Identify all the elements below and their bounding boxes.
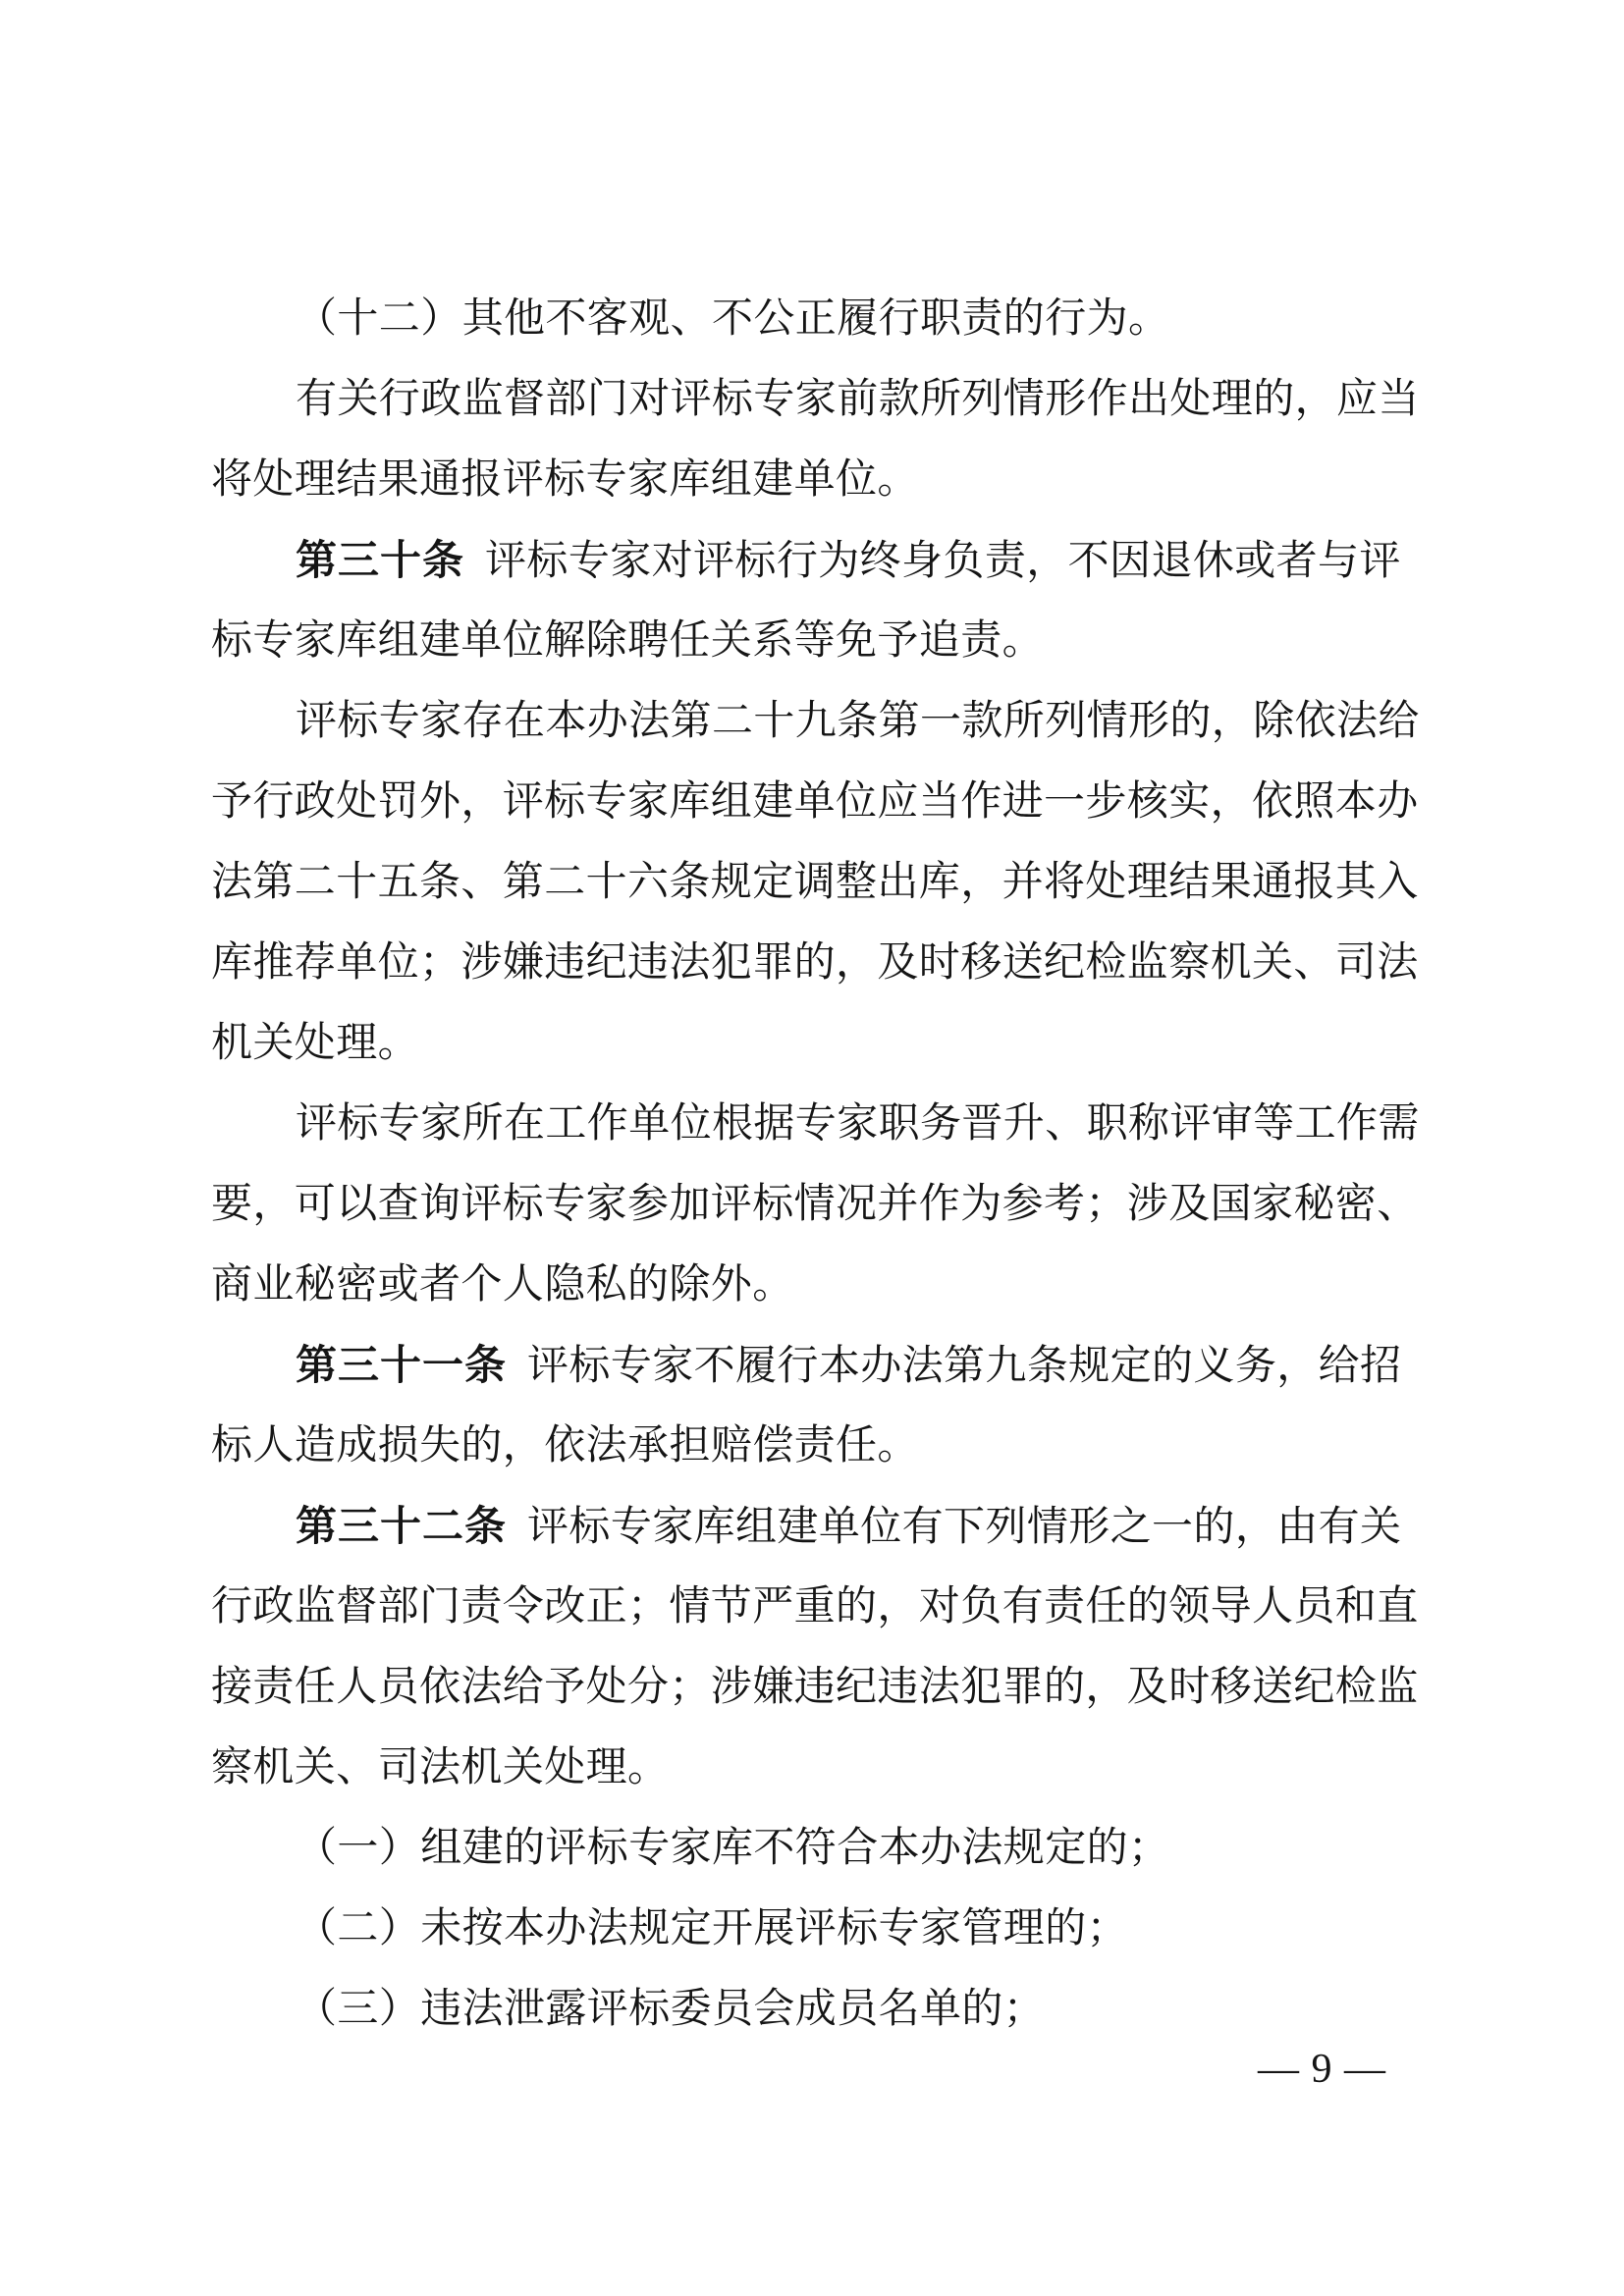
line-text: （一）组建的评标专家库不符合本办法规定的； bbox=[296, 1826, 1169, 1871]
line-text: 评标专家存在本办法第二十九条第一款所列情形的，除依法给 bbox=[296, 699, 1420, 744]
article-heading-line: 第三十条评标专家对评标行为终身负责，不因退休或者与评 bbox=[211, 520, 1419, 601]
text-line: （一）组建的评标专家库不符合本办法规定的； bbox=[211, 1808, 1419, 1889]
line-text: 法第二十五条、第二十六条规定调整出库，并将处理结果通报其入 bbox=[211, 860, 1419, 905]
text-line: 标人造成损失的，依法承担赔偿责任。 bbox=[211, 1406, 1419, 1486]
line-text: （十二）其他不客观、不公正履行职责的行为。 bbox=[296, 296, 1169, 342]
line-text: （二）未按本办法规定开展评标专家管理的； bbox=[296, 1906, 1128, 1951]
line-text: 库推荐单位；涉嫌违纪违法犯罪的，及时移送纪检监察机关、司法 bbox=[211, 940, 1419, 986]
text-line: 评标专家存在本办法第二十九条第一款所列情形的，除依法给 bbox=[211, 681, 1419, 762]
text-line: 标专家库组建单位解除聘任关系等免予追责。 bbox=[211, 601, 1419, 681]
text-line: （十二）其他不客观、不公正履行职责的行为。 bbox=[211, 279, 1419, 359]
text-line: 将处理结果通报评标专家库组建单位。 bbox=[211, 440, 1419, 520]
line-text: 有关行政监督部门对评标专家前款所列情形作出处理的，应当 bbox=[296, 377, 1420, 422]
article-heading-line: 第三十二条评标专家库组建单位有下列情形之一的，由有关 bbox=[211, 1486, 1419, 1567]
line-text: 察机关、司法机关处理。 bbox=[211, 1745, 669, 1790]
text-line: 商业秘密或者个人隐私的除外。 bbox=[211, 1245, 1419, 1325]
line-text: 接责任人员依法给予处分；涉嫌违纪违法犯罪的，及时移送纪检监 bbox=[211, 1665, 1419, 1710]
document-page: （十二）其他不客观、不公正履行职责的行为。有关行政监督部门对评标专家前款所列情形… bbox=[0, 0, 1624, 2296]
text-line: 接责任人员依法给予处分；涉嫌违纪违法犯罪的，及时移送纪检监 bbox=[211, 1647, 1419, 1728]
line-text: 机关处理。 bbox=[211, 1021, 419, 1066]
text-line: 予行政处罚外，评标专家库组建单位应当作进一步核实，依照本办 bbox=[211, 762, 1419, 842]
line-text: 评标专家库组建单位有下列情形之一的，由有关 bbox=[527, 1505, 1401, 1550]
text-line: 评标专家所在工作单位根据专家职务晋升、职称评审等工作需 bbox=[211, 1084, 1419, 1164]
line-text: （三）违法泄露评标委员会成员名单的； bbox=[296, 1987, 1045, 2032]
article-heading-line: 第三十一条评标专家不履行本办法第九条规定的义务，给招 bbox=[211, 1325, 1419, 1406]
article-number: 第三十一条 bbox=[296, 1342, 507, 1388]
text-line: （三）违法泄露评标委员会成员名单的； bbox=[211, 1969, 1419, 2050]
text-line: （二）未按本办法规定开展评标专家管理的； bbox=[211, 1889, 1419, 1969]
line-text: 标人造成损失的，依法承担赔偿责任。 bbox=[211, 1423, 919, 1468]
text-line: 库推荐单位；涉嫌违纪违法犯罪的，及时移送纪检监察机关、司法 bbox=[211, 923, 1419, 1003]
line-text: 商业秘密或者个人隐私的除外。 bbox=[211, 1262, 794, 1308]
line-text: 要，可以查询评标专家参加评标情况并作为参考；涉及国家秘密、 bbox=[211, 1182, 1419, 1227]
article-number: 第三十二条 bbox=[296, 1503, 507, 1549]
line-text: 予行政处罚外，评标专家库组建单位应当作进一步核实，依照本办 bbox=[211, 779, 1419, 825]
page-number: — 9 — bbox=[1258, 2044, 1386, 2095]
text-line: 要，可以查询评标专家参加评标情况并作为参考；涉及国家秘密、 bbox=[211, 1164, 1419, 1245]
line-text: 评标专家不履行本办法第九条规定的义务，给招 bbox=[527, 1344, 1401, 1389]
text-line: 行政监督部门责令改正；情节严重的，对负有责任的领导人员和直 bbox=[211, 1567, 1419, 1647]
line-text: 标专家库组建单位解除聘任关系等免予追责。 bbox=[211, 618, 1044, 664]
line-text: 评标专家对评标行为终身负责，不因退休或者与评 bbox=[485, 539, 1401, 584]
line-text: 行政监督部门责令改正；情节严重的，对负有责任的领导人员和直 bbox=[211, 1584, 1419, 1629]
document-body: （十二）其他不客观、不公正履行职责的行为。有关行政监督部门对评标专家前款所列情形… bbox=[211, 279, 1419, 2050]
text-line: 机关处理。 bbox=[211, 1003, 1419, 1084]
text-line: 察机关、司法机关处理。 bbox=[211, 1728, 1419, 1808]
line-text: 评标专家所在工作单位根据专家职务晋升、职称评审等工作需 bbox=[296, 1101, 1420, 1147]
line-text: 将处理结果通报评标专家库组建单位。 bbox=[211, 457, 919, 503]
article-number: 第三十条 bbox=[296, 537, 464, 583]
text-line: 法第二十五条、第二十六条规定调整出库，并将处理结果通报其入 bbox=[211, 842, 1419, 923]
text-line: 有关行政监督部门对评标专家前款所列情形作出处理的，应当 bbox=[211, 359, 1419, 440]
